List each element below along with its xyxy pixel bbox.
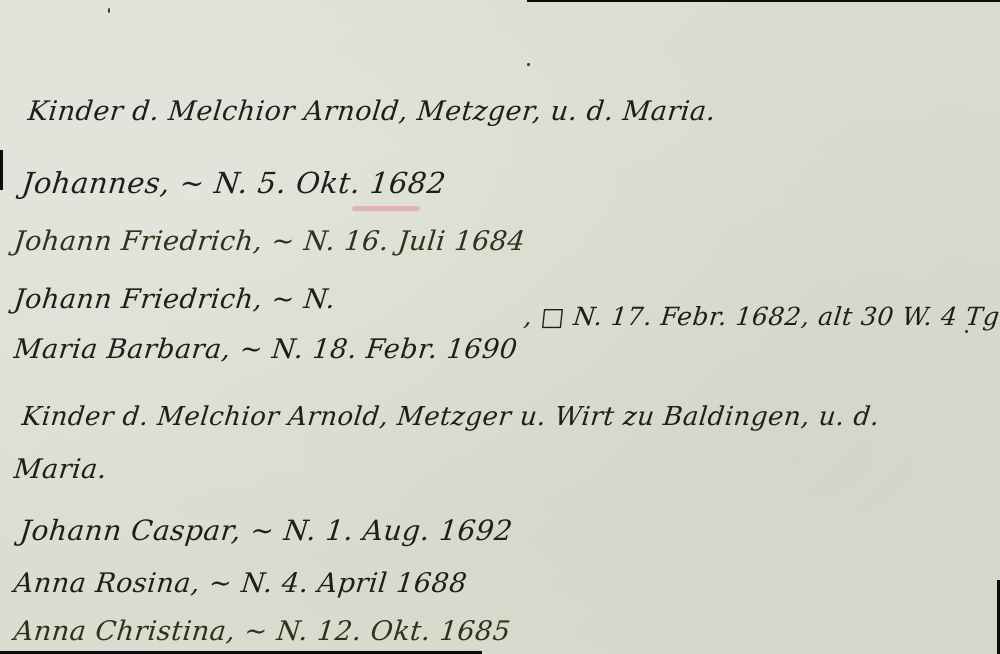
child-entry-maria-barbara: Maria Barbara, ~ N. 18. Febr. 1690 — [12, 334, 519, 365]
child-entry-anna-rosina: Anna Rosina, ~ N. 4. April 1688 — [12, 568, 468, 599]
paper-speck — [527, 63, 530, 66]
pink-highlight-mark — [352, 206, 420, 211]
document-page: Kinder d. Melchior Arnold, Metzger, u. d… — [0, 0, 1000, 654]
child-entry-johann-friedrich-1: Johann Friedrich, ~ N. 16. Juli 1684 — [12, 226, 527, 257]
scan-border-top-right — [527, 0, 1000, 2]
death-note: , □ N. 17. Febr. 1682, alt 30 W. 4 Tg. — [522, 302, 1000, 331]
child-entry-johannes: Johannes, ~ N. 5. Okt. 1682 — [20, 166, 448, 200]
paper-speck — [108, 8, 110, 13]
family2-heading: Kinder d. Melchior Arnold, Metzger u. Wi… — [20, 402, 881, 432]
child-entry-johann-caspar: Johann Caspar, ~ N. 1. Aug. 1692 — [18, 514, 514, 547]
child-entry-johann-friedrich-2: Johann Friedrich, ~ N. — [12, 284, 337, 315]
scan-border-left — [0, 150, 3, 190]
child-entry-anna-christina: Anna Christina, ~ N. 12. Okt. 1685 — [12, 616, 512, 647]
family1-heading: Kinder d. Melchior Arnold, Metzger, u. d… — [26, 96, 717, 127]
family2-heading-continued: Maria. — [12, 454, 108, 485]
